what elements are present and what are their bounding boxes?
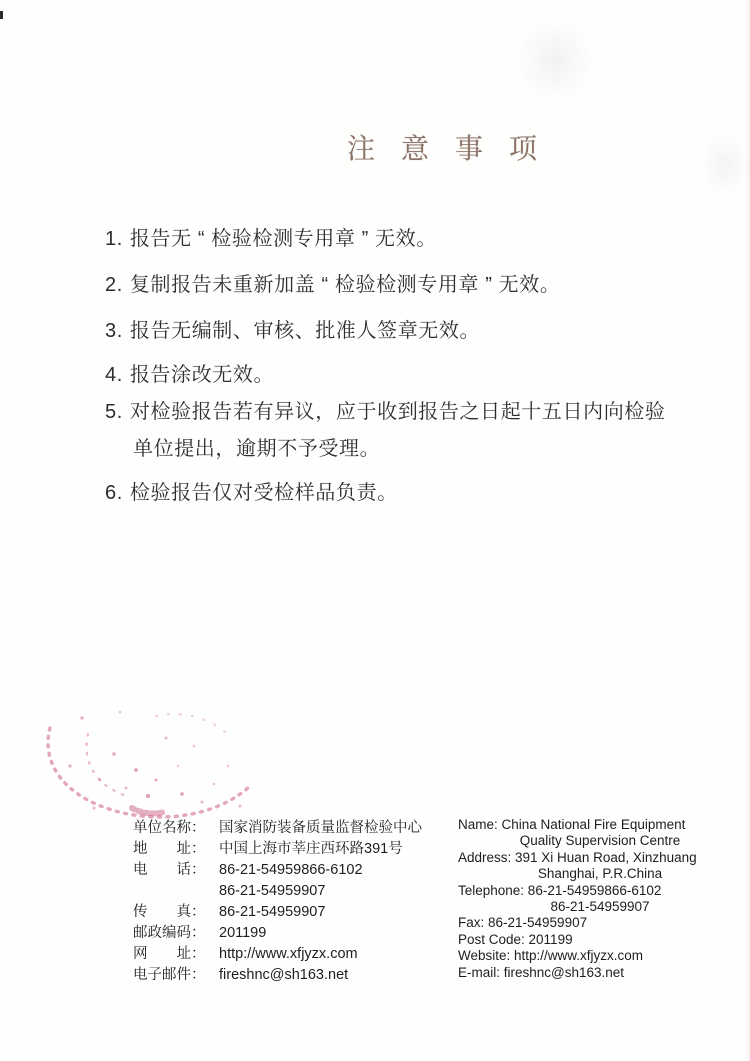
- contact-label: 网 址：: [133, 944, 219, 965]
- note-text: 报告无 “ 检验检测专用章 ” 无效。: [130, 228, 437, 250]
- contact-line-telephone-en: Telephone: 86-21-54959866-6102: [458, 883, 742, 899]
- contact-label: 传 真：: [133, 902, 219, 923]
- contact-value: fireshnc@sh163.net: [219, 965, 348, 986]
- note-number: 4.: [105, 364, 123, 386]
- note-item-4: 4.报告涂改无效。: [105, 358, 274, 387]
- note-item-1: 1.报告无 “ 检验检测专用章 ” 无效。: [105, 222, 437, 251]
- note-item-2: 2.复制报告未重新加盖 “ 检验检测专用章 ” 无效。: [105, 268, 560, 297]
- contact-label: 地 址：: [133, 839, 219, 860]
- contact-value: 201199: [219, 923, 266, 944]
- contact-line-telephone2-en: 86-21-54959907: [458, 899, 742, 915]
- contact-label: 邮政编码：: [133, 923, 219, 944]
- scan-smudge: [500, 0, 610, 120]
- note-item-5-line2: 单位提出，逾期不予受理。: [133, 432, 380, 461]
- contact-row-phone2-cn: 86-21-54959907: [133, 881, 422, 902]
- note-item-3: 3.报告无编制、审核、批准人签章无效。: [105, 314, 480, 343]
- contact-value: http://www.xfjyzx.com: [219, 944, 358, 965]
- contact-block-en: Name: China National Fire Equipment Qual…: [458, 817, 742, 981]
- contact-value: 86-21-54959907: [219, 902, 325, 923]
- contact-value: 86-21-54959907: [219, 881, 325, 902]
- contact-row-email-cn: 电子邮件： fireshnc@sh163.net: [133, 965, 422, 986]
- contact-label: 电 话：: [133, 860, 219, 881]
- contact-line-name-en: Name: China National Fire Equipment: [458, 817, 742, 833]
- contact-row-fax-cn: 传 真： 86-21-54959907: [133, 902, 422, 923]
- contact-row-phone-cn: 电 话： 86-21-54959866-6102: [133, 860, 422, 881]
- contact-line-website-en: Website: http://www.xfjyzx.com: [458, 948, 742, 964]
- contact-line-postcode-en: Post Code: 201199: [458, 932, 742, 948]
- scanned-document-page: 注意事项 1.报告无 “ 检验检测专用章 ” 无效。 2.复制报告未重新加盖 “…: [0, 0, 750, 1061]
- page-title: 注意事项: [347, 127, 563, 167]
- scan-smudge: [690, 120, 750, 210]
- contact-line-fax-en: Fax: 86-21-54959907: [458, 915, 742, 931]
- contact-row-postcode-cn: 邮政编码： 201199: [133, 923, 422, 944]
- contact-value: 中国上海市莘庄西环路391号: [219, 839, 403, 860]
- contact-label: 单位名称：: [133, 818, 219, 839]
- contact-block-cn: 单位名称： 国家消防装备质量监督检验中心 地 址： 中国上海市莘庄西环路391号…: [133, 818, 422, 986]
- contact-value: 国家消防装备质量监督检验中心: [219, 818, 422, 839]
- note-text: 对检验报告若有异议，应于收到报告之日起十五日内向检验: [130, 401, 666, 423]
- red-seal-stamp-impression: [36, 696, 264, 836]
- note-number: 3.: [105, 320, 123, 342]
- note-text: 报告涂改无效。: [130, 364, 274, 386]
- contact-line-name2-en: Quality Supervision Centre: [458, 833, 742, 849]
- contact-label: 电子邮件：: [133, 965, 219, 986]
- note-item-6: 6.检验报告仅对受检样品负责。: [105, 476, 398, 505]
- contact-row-website-cn: 网 址： http://www.xfjyzx.com: [133, 944, 422, 965]
- scan-edge-speck: [0, 11, 3, 19]
- contact-value: 86-21-54959866-6102: [219, 860, 363, 881]
- note-number: 6.: [105, 482, 123, 504]
- contact-line-address-en: Address: 391 Xi Huan Road, Xinzhuang: [458, 850, 742, 866]
- contact-label: [133, 881, 219, 902]
- note-number: 5.: [105, 401, 123, 423]
- note-item-5: 5.对检验报告若有异议，应于收到报告之日起十五日内向检验: [105, 395, 666, 424]
- contact-line-address2-en: Shanghai, P.R.China: [458, 866, 742, 882]
- note-text: 复制报告未重新加盖 “ 检验检测专用章 ” 无效。: [130, 274, 561, 296]
- note-text: 报告无编制、审核、批准人签章无效。: [130, 320, 480, 342]
- note-text: 检验报告仅对受检样品负责。: [130, 482, 398, 504]
- contact-row-name-cn: 单位名称： 国家消防装备质量监督检验中心: [133, 818, 422, 839]
- contact-line-email-en: E-mail: fireshnc@sh163.net: [458, 965, 742, 981]
- contact-row-address-cn: 地 址： 中国上海市莘庄西环路391号: [133, 839, 422, 860]
- note-number: 1.: [105, 228, 123, 250]
- note-number: 2.: [105, 274, 123, 296]
